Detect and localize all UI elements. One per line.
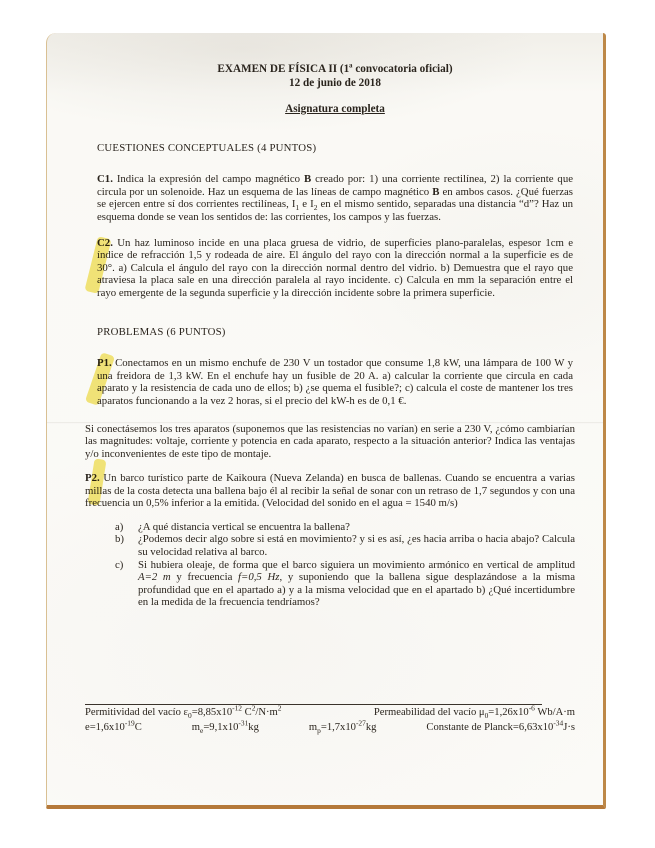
constant-proton-mass: mp=1,7x10-27kg: [309, 720, 377, 735]
constants-line-1: Permitividad del vacío ε0=8,85x10-12 C2/…: [85, 705, 575, 720]
problem-p2-intro: P2. Un barco turístico parte de Kaikoura…: [85, 472, 575, 510]
list-marker-c: c): [115, 559, 138, 609]
exam-header: EXAMEN DE FÍSICA II (1ª convocatoria ofi…: [97, 63, 573, 116]
constant-planck: Constante de Planck=6,63x10-34J·s: [426, 720, 575, 735]
constant-electron-charge: e=1,6x10-19C: [85, 720, 142, 735]
question-c2: C2. Un haz luminoso incide en una placa …: [97, 237, 573, 300]
exam-title: EXAMEN DE FÍSICA II (1ª convocatoria ofi…: [97, 63, 573, 77]
problem-p1: P1. Conectamos en un mismo enchufe de 23…: [97, 357, 573, 407]
list-text-c: Si hubiera oleaje, de forma que el barco…: [138, 559, 575, 609]
constants-footer: Permitividad del vacío ε0=8,85x10-12 C2/…: [85, 704, 575, 735]
list-text-a: ¿A qué distancia vertical se encuentra l…: [138, 521, 575, 534]
list-marker-b: b): [115, 533, 138, 558]
problem-p1-followup: Si conectásemos los tres aparatos (supon…: [85, 423, 575, 461]
list-item-b: b) ¿Podemos decir algo sobre si está en …: [115, 533, 575, 558]
exam-content: EXAMEN DE FÍSICA II (1ª convocatoria ofi…: [47, 33, 603, 609]
constants-line-2: e=1,6x10-19C me=9,1x10-31kg mp=1,7x10-27…: [85, 720, 575, 735]
list-item-a: a) ¿A qué distancia vertical se encuentr…: [115, 521, 575, 534]
constant-permeability: Permeabilidad del vacío μ0=1,26x10-6 Wb/…: [374, 705, 575, 720]
constant-permittivity: Permitividad del vacío ε0=8,85x10-12 C2/…: [85, 705, 282, 720]
pasted-strip-block: Si conectásemos los tres aparatos (supon…: [85, 423, 575, 610]
section-heading-problems: PROBLEMAS (6 PUNTOS): [97, 326, 573, 339]
problem-p2-item-list: a) ¿A qué distancia vertical se encuentr…: [85, 521, 575, 609]
paper-seam: [47, 422, 603, 424]
list-marker-a: a): [115, 521, 138, 534]
section-heading-conceptual: CUESTIONES CONCEPTUALES (4 PUNTOS): [97, 142, 573, 155]
scanned-page-photo: EXAMEN DE FÍSICA II (1ª convocatoria ofi…: [0, 0, 655, 848]
exam-paper-sheet: EXAMEN DE FÍSICA II (1ª convocatoria ofi…: [46, 33, 606, 809]
list-item-c: c) Si hubiera oleaje, de forma que el ba…: [115, 559, 575, 609]
exam-subtitle: Asignatura completa: [97, 103, 573, 116]
exam-date: 12 de junio de 2018: [97, 77, 573, 91]
constant-electron-mass: me=9,1x10-31kg: [192, 720, 259, 735]
question-c1: C1. Indica la expresión del campo magnét…: [97, 173, 573, 223]
list-text-b: ¿Podemos decir algo sobre si está en mov…: [138, 533, 575, 558]
